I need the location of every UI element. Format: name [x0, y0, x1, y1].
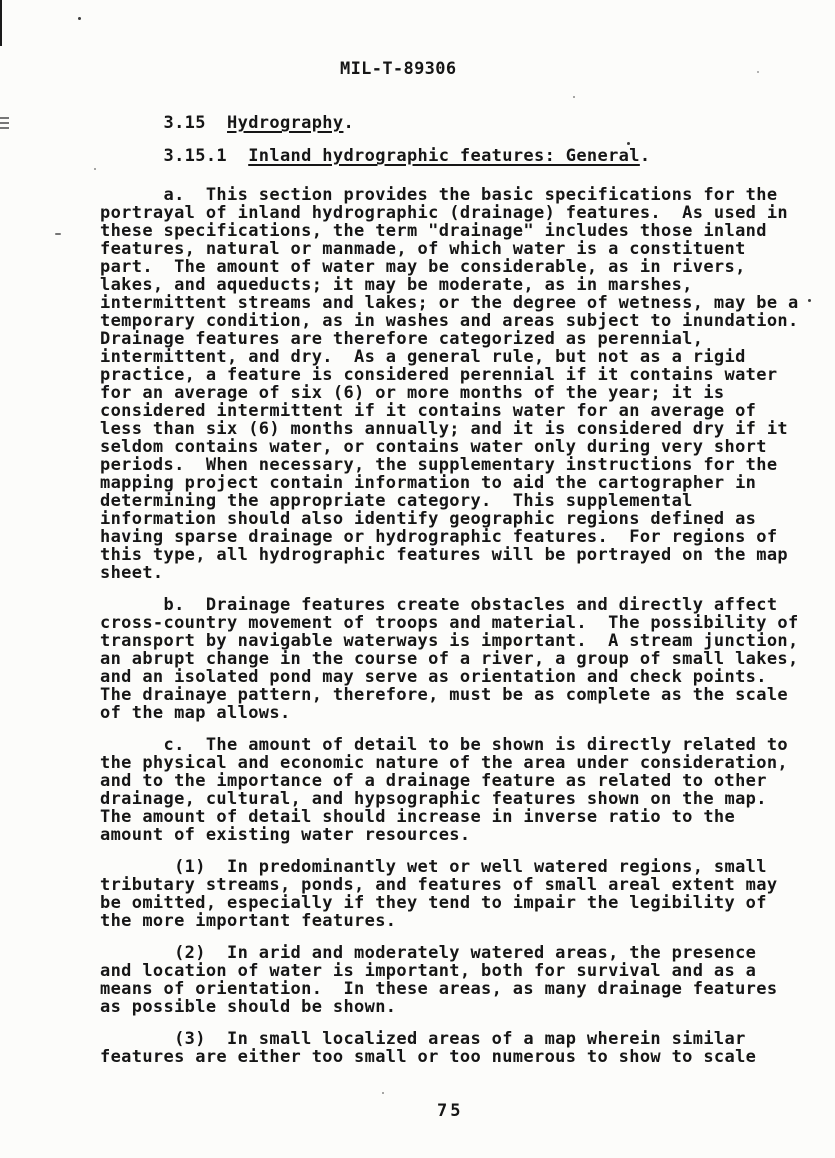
scan-speck: [573, 96, 575, 98]
page-number: 75: [437, 1101, 463, 1121]
paragraph-a: a. This section provides the basic speci…: [100, 186, 826, 582]
paragraph-2: (2) In arid and moderately watered areas…: [100, 944, 826, 1016]
document-page: MIL-T-89306 3.15 Hydrography. 3.15.1 Inl…: [0, 0, 835, 1158]
section-number: 3.15: [100, 113, 227, 133]
section-title: Inland hydrographic features: General: [248, 146, 640, 166]
section-title-period: .: [640, 146, 651, 166]
section-heading: 3.15.1 Inland hydrographic features: Gen…: [100, 147, 826, 165]
section-heading: 3.15 Hydrography.: [100, 114, 826, 132]
paragraph-1: (1) In predominantly wet or well watered…: [100, 858, 826, 930]
paragraph-c: c. The amount of detail to be shown is d…: [100, 736, 826, 844]
document-number-header: MIL-T-89306: [340, 60, 456, 78]
section-number: 3.15.1: [100, 146, 248, 166]
scan-speck: [78, 17, 81, 20]
paragraph-b: b. Drainage features create obstacles an…: [100, 596, 826, 722]
scan-speck: [757, 71, 759, 73]
scan-speck: [808, 299, 811, 302]
scan-speck: [627, 142, 630, 145]
scan-speck: [382, 1092, 384, 1094]
scan-speck: [94, 168, 96, 170]
document-body: 3.15 Hydrography. 3.15.1 Inland hydrogra…: [100, 114, 826, 1080]
section-title-period: .: [343, 113, 354, 133]
scan-smudge-artifact: [0, 117, 9, 131]
paragraph-3: (3) In small localized areas of a map wh…: [100, 1030, 826, 1066]
scan-speck: [55, 233, 61, 235]
scan-edge-artifact: [0, 0, 2, 46]
section-title: Hydrography: [227, 113, 343, 133]
